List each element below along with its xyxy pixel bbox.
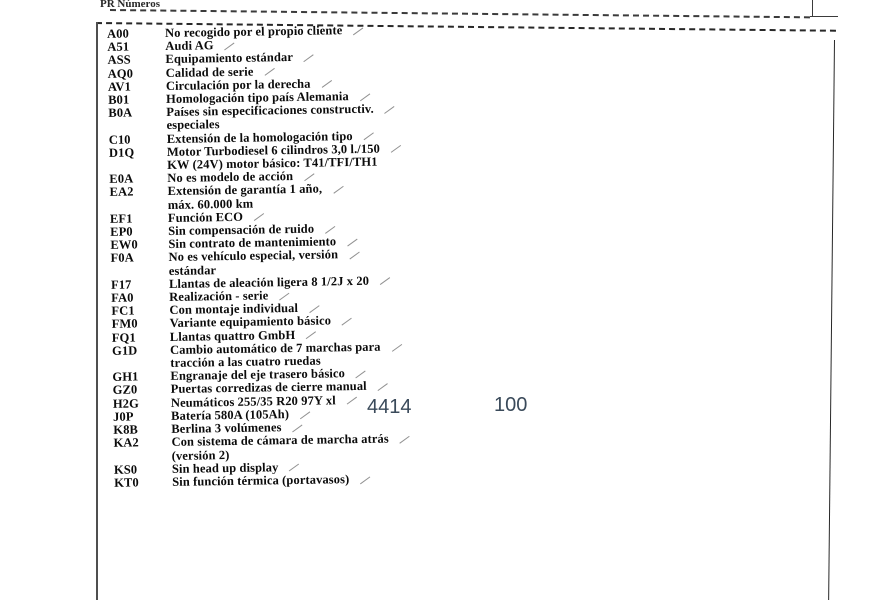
overlay-value-b: 100 xyxy=(494,394,527,417)
pr-code: KA2 xyxy=(106,436,171,450)
pr-number-list: A00No recogido por el propio clienteA51A… xyxy=(100,23,447,490)
check-mark-icon xyxy=(342,318,352,326)
pr-description: Sin función térmica (portavasos) xyxy=(172,472,447,490)
pr-code: D1Q xyxy=(102,146,167,160)
check-mark-icon xyxy=(279,292,289,300)
pr-code: F0A xyxy=(104,251,169,265)
check-mark-icon xyxy=(304,54,314,62)
box-border xyxy=(812,0,813,16)
check-mark-icon xyxy=(309,305,319,313)
check-mark-icon xyxy=(391,145,401,153)
check-mark-icon xyxy=(325,226,335,234)
check-mark-icon xyxy=(347,397,357,405)
check-mark-icon xyxy=(364,133,374,141)
pr-code: H2G xyxy=(106,397,171,411)
check-mark-icon xyxy=(353,27,363,35)
check-mark-icon xyxy=(292,424,302,432)
pr-code: KS0 xyxy=(107,463,172,477)
list-box-border xyxy=(828,40,835,600)
check-mark-icon xyxy=(306,332,316,340)
check-mark-icon xyxy=(264,68,274,76)
pr-code: KT0 xyxy=(107,476,172,490)
check-mark-icon xyxy=(224,42,234,50)
check-mark-icon xyxy=(356,370,366,378)
overlay-value-a: 4414 xyxy=(367,396,412,419)
pr-code: G1D xyxy=(105,344,170,358)
check-mark-icon xyxy=(378,383,388,391)
check-mark-icon xyxy=(347,239,357,247)
pr-code: ASS xyxy=(100,53,165,67)
check-mark-icon xyxy=(289,464,299,472)
check-mark-icon xyxy=(300,411,310,419)
check-mark-icon xyxy=(400,436,410,444)
box-border xyxy=(810,16,838,17)
check-mark-icon xyxy=(360,476,370,484)
check-mark-icon xyxy=(304,173,314,181)
check-mark-icon xyxy=(333,186,343,194)
check-mark-icon xyxy=(360,93,370,101)
check-mark-icon xyxy=(380,278,390,286)
pr-code: B0A xyxy=(101,106,166,120)
check-mark-icon xyxy=(321,80,331,88)
list-box-border xyxy=(96,22,98,600)
pr-code: AQ0 xyxy=(101,67,166,81)
scanned-document: PR Números A00No recogido por el propio … xyxy=(0,0,880,600)
pr-code: EA2 xyxy=(102,185,167,199)
check-mark-icon xyxy=(254,214,264,222)
check-mark-icon xyxy=(391,343,401,351)
description-line: Sin función térmica (portavasos) xyxy=(172,472,447,490)
check-mark-icon xyxy=(349,252,359,260)
check-mark-icon xyxy=(385,106,395,114)
pr-code: FQ1 xyxy=(105,331,170,345)
box-border xyxy=(110,9,810,18)
pr-code: FM0 xyxy=(105,317,170,331)
pr-code: C10 xyxy=(102,133,167,147)
